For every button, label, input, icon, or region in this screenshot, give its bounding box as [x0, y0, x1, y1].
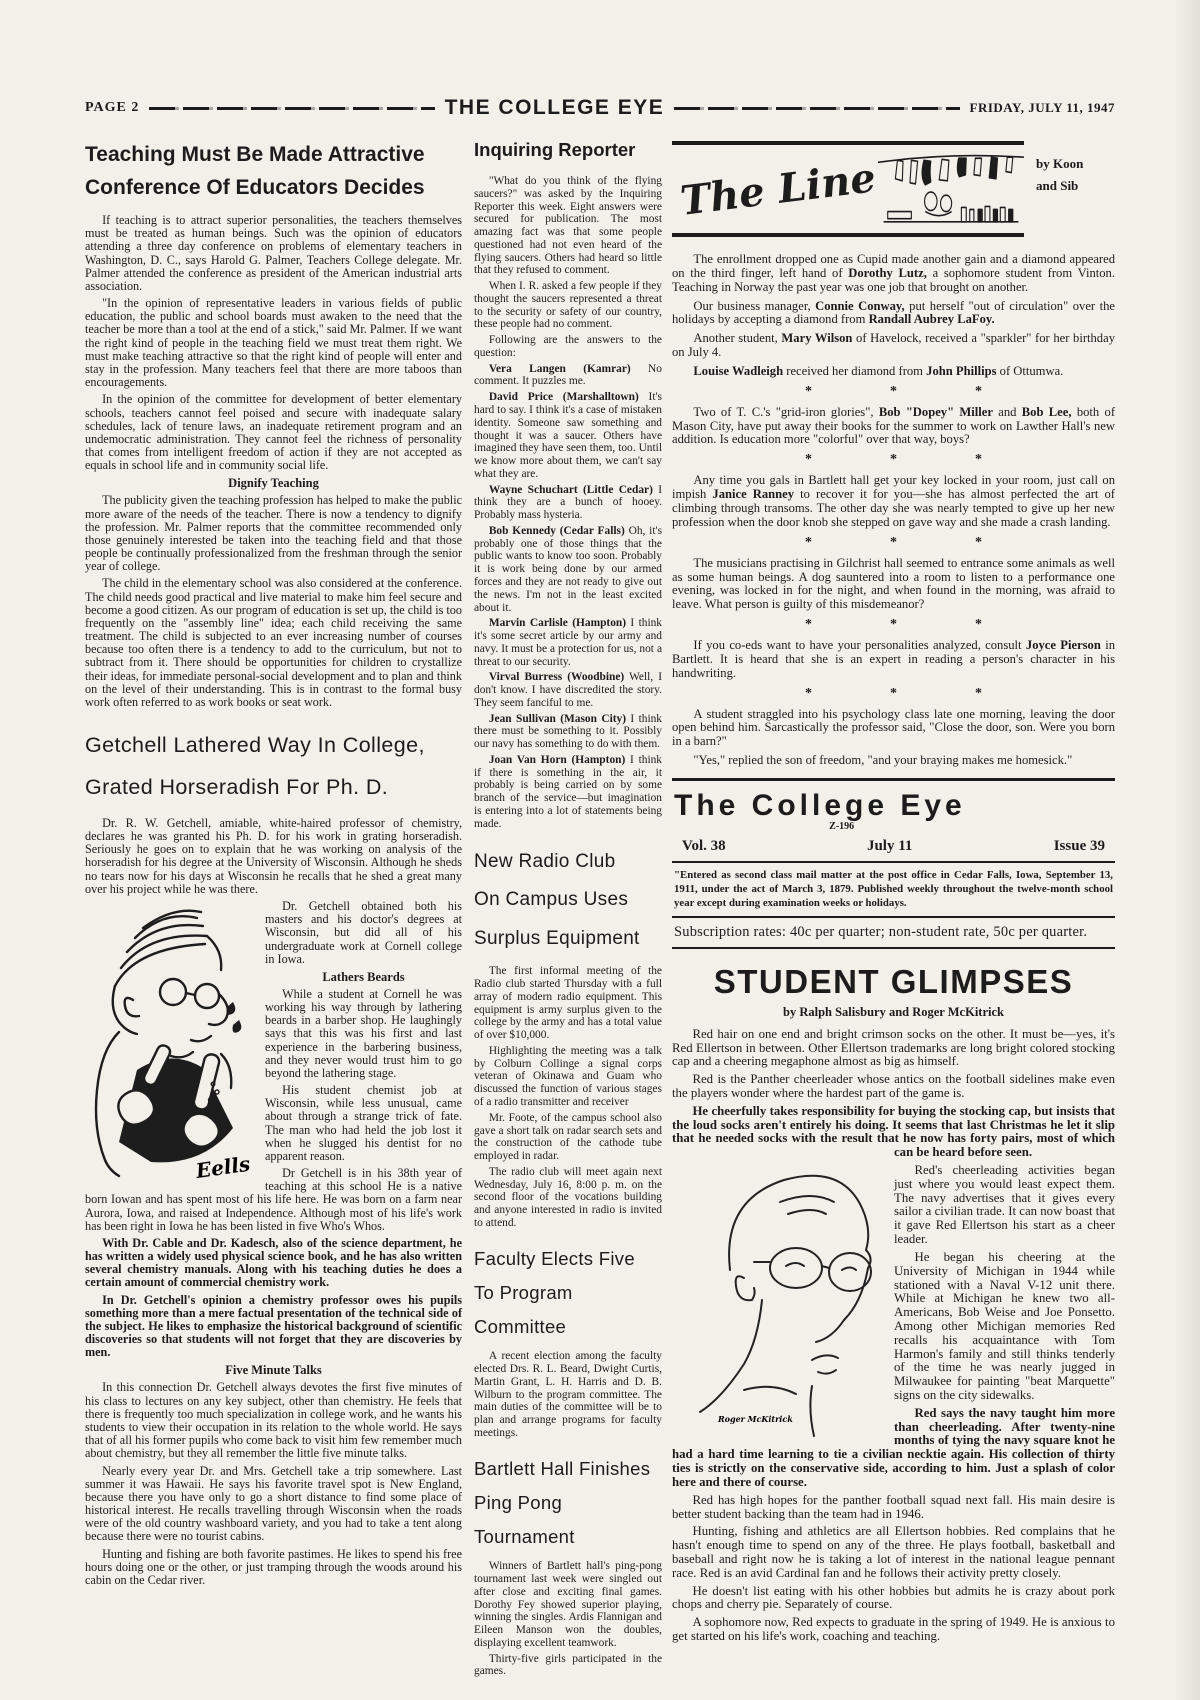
- article-getchell: Getchell Lathered Way In College, Grated…: [85, 725, 462, 1587]
- inquiring-answer: Jean Sullivan (Mason City) I think there…: [474, 713, 662, 751]
- article-headline: Getchell Lathered Way In College, Grated…: [85, 725, 462, 809]
- inquiring-answer: David Price (Marshalltown) It's hard to …: [474, 391, 662, 480]
- section-subhead: Five Minute Talks: [85, 1363, 462, 1378]
- answer-name: Jean Sullivan (Mason City): [489, 713, 626, 725]
- headline-line: Grated Horseradish For Ph. D.: [85, 767, 462, 809]
- news-item: If you co-eds want to have your personal…: [672, 639, 1115, 681]
- newspaper-name: THE COLLEGE EYE: [445, 96, 665, 120]
- article-paragraph: With Dr. Cable and Dr. Kadesch, also of …: [85, 1237, 462, 1290]
- right-column: The Line: [672, 133, 1115, 1648]
- star-divider: ***: [672, 384, 1115, 400]
- article-radio-club: New Radio Club On Campus Uses Surplus Eq…: [474, 843, 662, 1230]
- answer-name: Vera Langen (Kamrar): [489, 363, 631, 375]
- masthead-meta-row: Vol. 38 Z-196 July 11 Issue 39: [672, 827, 1115, 863]
- news-item: "Yes," replied the son of freedom, "and …: [672, 754, 1115, 768]
- article-student-glimpses: STUDENT GLIMPSES by Ralph Salisbury and …: [672, 963, 1115, 1644]
- article-paragraph: Nearly every year Dr. and Mrs. Getchell …: [85, 1465, 462, 1544]
- headline-line: Surplus Equipment: [474, 920, 662, 959]
- masthead-date: Z-196 July 11: [867, 827, 912, 855]
- article-paragraph: Thirty-five girls participated in the ga…: [474, 1653, 662, 1679]
- issue-number: Issue 39: [1054, 838, 1105, 855]
- news-item: Louise Wadleigh received her diamond fro…: [672, 365, 1115, 379]
- answer-name: David Price (Marshalltown): [489, 391, 639, 403]
- headline-line: On Campus Uses: [474, 881, 662, 920]
- cartoonist-signature: Eells: [193, 1152, 251, 1183]
- answer-name: Wayne Schuchart (Little Cedar): [489, 484, 653, 496]
- headline-line: Bartlett Hall Finishes: [474, 1452, 662, 1486]
- entry-notice: "Entered as second class mail matter at …: [672, 863, 1115, 918]
- inquiring-answer: Vera Langen (Kamrar) No comment. It puzz…: [474, 363, 662, 389]
- article-paragraph: In Dr. Getchell's opinion a chemistry pr…: [85, 1294, 462, 1360]
- inquiring-answer: Wayne Schuchart (Little Cedar) I think t…: [474, 484, 662, 522]
- header-rule-right: [674, 107, 959, 110]
- article-paragraph: The child in the elementary school was a…: [85, 577, 462, 709]
- inquiring-answer: Marvin Carlisle (Hampton) I think it's s…: [474, 617, 662, 668]
- news-item: A student straggled into his psychology …: [672, 708, 1115, 750]
- article-paragraph: Red is the Panther cheerleader whose ant…: [672, 1073, 1115, 1101]
- headline-line: To Program Committee: [474, 1276, 662, 1344]
- article-paragraph: Following are the answers to the questio…: [474, 334, 662, 360]
- article-paragraph: The publicity given the teaching profess…: [85, 494, 462, 573]
- article-headline: Faculty Elects Five To Program Committee: [474, 1242, 662, 1345]
- article-paragraph: Hunting, fishing and athletics are all E…: [672, 1525, 1115, 1580]
- answer-name: Joan Van Horn (Hampton): [489, 754, 625, 766]
- star-divider: ***: [672, 686, 1115, 702]
- headline-line: New Radio Club: [474, 843, 662, 882]
- section-subhead: Dignify Teaching: [85, 476, 462, 491]
- headline-line: Teaching Must Be Made Attractive: [85, 139, 462, 172]
- news-item: Any time you gals in Bartlett hall get y…: [672, 474, 1115, 529]
- inquiring-answer: Joan Van Horn (Hampton) I think if there…: [474, 754, 662, 831]
- star-divider: ***: [672, 535, 1115, 551]
- middle-column: Inquiring Reporter "What do you think of…: [474, 133, 662, 1681]
- article-paragraph: If teaching is to attract superior perso…: [85, 214, 462, 293]
- newspaper-page: PAGE 2 THE COLLEGE EYE FRIDAY, JULY 11, …: [0, 0, 1200, 1700]
- page-number: PAGE 2: [85, 100, 139, 116]
- article-paragraph: Mr. Foote, of the campus school also gav…: [474, 1112, 662, 1163]
- article-paragraph: He doesn't list eating with his other ho…: [672, 1585, 1115, 1613]
- postal-code: Z-196: [819, 821, 864, 832]
- article-paragraph: Red hair on one end and bright crimson s…: [672, 1028, 1115, 1069]
- professor-cartoon-illustration: Eells: [85, 904, 253, 1186]
- article-faculty-committee: Faculty Elects Five To Program Committee…: [474, 1242, 662, 1440]
- news-item: The musicians practising in Gilchrist ha…: [672, 557, 1115, 612]
- answer-name: Virval Burress (Woodbine): [489, 671, 624, 683]
- headline-line: Getchell Lathered Way In College,: [85, 725, 462, 767]
- paragraph-text: now has forty pairs, most of which can b…: [894, 1131, 1115, 1159]
- artist-signature: Roger McKitrick: [717, 1414, 793, 1424]
- article-paragraph: "In the opinion of representative leader…: [85, 297, 462, 389]
- clothesline-cartoon: [878, 148, 1024, 230]
- column-title: The Line: [678, 154, 878, 225]
- news-item: Another student, Mary Wilson of Havelock…: [672, 332, 1115, 360]
- article-the-line: The Line: [672, 141, 1115, 768]
- newspaper-masthead: The College Eye Vol. 38 Z-196 July 11 Is…: [672, 778, 1115, 949]
- article-paragraph: Hunting and fishing are both favorite pa…: [85, 1548, 462, 1588]
- article-paragraph: Dr. R. W. Getchell, amiable, white-haire…: [85, 817, 462, 896]
- answer-text: Oh, it's probably one of those things th…: [474, 525, 662, 614]
- issue-date: FRIDAY, JULY 11, 1947: [970, 100, 1115, 116]
- article-paragraph: Red has high hopes for the panther footb…: [672, 1494, 1115, 1522]
- article-inquiring-reporter: Inquiring Reporter "What do you think of…: [474, 139, 662, 831]
- masthead-title: The College Eye: [674, 789, 1115, 823]
- article-headline: Bartlett Hall Finishes Ping Pong Tournam…: [474, 1452, 662, 1555]
- article-headline: Inquiring Reporter: [474, 139, 662, 161]
- article-paragraph: He cheerfully takes responsibility for b…: [672, 1105, 1115, 1160]
- left-column: Teaching Must Be Made Attractive Confere…: [85, 133, 462, 1591]
- article-paragraph: The radio club will meet again next Wedn…: [474, 1166, 662, 1230]
- answer-name: Marvin Carlisle (Hampton): [489, 617, 626, 629]
- subscription-rates: Subscription rates: 40c per quarter; non…: [672, 918, 1115, 949]
- star-divider: ***: [672, 617, 1115, 633]
- article-paragraph: The first informal meeting of the Radio …: [474, 965, 662, 1042]
- volume-number: Vol. 38: [682, 838, 726, 855]
- article-paragraph: Highlighting the meeting was a talk by C…: [474, 1045, 662, 1109]
- article-headline: New Radio Club On Campus Uses Surplus Eq…: [474, 843, 662, 960]
- article-paragraph: When I. R. asked a few people if they th…: [474, 280, 662, 331]
- news-item: The enrollment dropped one as Cupid made…: [672, 253, 1115, 295]
- news-item: Two of T. C.'s "grid-iron glories", Bob …: [672, 406, 1115, 448]
- article-ping-pong: Bartlett Hall Finishes Ping Pong Tournam…: [474, 1452, 662, 1679]
- answer-name: Bob Kennedy (Cedar Falls): [489, 525, 625, 537]
- article-paragraph: "What do you think of the flying saucers…: [474, 175, 662, 277]
- star-divider: ***: [672, 452, 1115, 468]
- article-byline: by Ralph Salisbury and Roger McKitrick: [672, 1005, 1115, 1020]
- portrait-illustration: Roger McKitrick: [672, 1150, 880, 1438]
- article-headline: STUDENT GLIMPSES: [672, 963, 1115, 1001]
- article-paragraph: In this connection Dr. Getchell always d…: [85, 1381, 462, 1460]
- article-paragraph: A recent election among the faculty elec…: [474, 1350, 662, 1439]
- the-line-banner: The Line: [672, 141, 1115, 237]
- answer-text: It's hard to say. I think it's a case of…: [474, 391, 662, 480]
- article-paragraph: In the opinion of the committee for deve…: [85, 393, 462, 472]
- article-headline: Teaching Must Be Made Attractive Confere…: [85, 139, 462, 204]
- article-teaching-attractive: Teaching Must Be Made Attractive Confere…: [85, 139, 462, 709]
- headline-line: Faculty Elects Five: [474, 1242, 662, 1276]
- inquiring-answer: Virval Burress (Woodbine) Well, I don't …: [474, 671, 662, 709]
- column-byline: by Koon and Sib: [1036, 141, 1083, 197]
- article-paragraph: A sophomore now, Red expects to graduate…: [672, 1616, 1115, 1644]
- the-line-banner-box: The Line: [672, 141, 1024, 237]
- news-item: Our business manager, Connie Conway, put…: [672, 300, 1115, 328]
- headline-line: Ping Pong Tournament: [474, 1486, 662, 1554]
- inquiring-answer: Bob Kennedy (Cedar Falls) Oh, it's proba…: [474, 525, 662, 614]
- article-paragraph: Winners of Bartlett hall's ping-pong tou…: [474, 1560, 662, 1649]
- page-header: PAGE 2 THE COLLEGE EYE FRIDAY, JULY 11, …: [85, 96, 1115, 120]
- header-rule-left: [149, 107, 434, 110]
- headline-line: Conference Of Educators Decides: [85, 172, 462, 205]
